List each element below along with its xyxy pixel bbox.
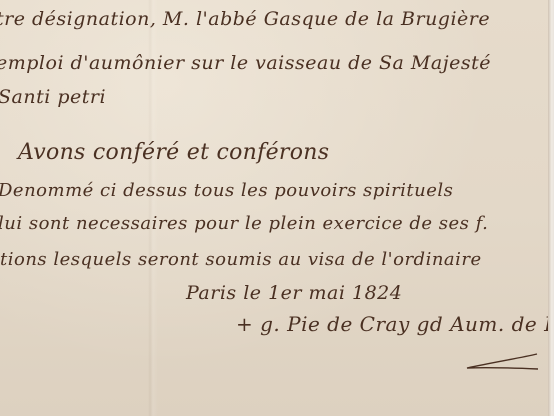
text-line-denomme: Denommé ci dessus tous les pouvoirs spir…	[0, 180, 453, 201]
text-line-avons-confere: Avons conféré et conférons	[18, 140, 329, 165]
text-line-designation: tre désignation, M. l'abbé Gasque de la …	[0, 8, 490, 30]
document-paper: tre désignation, M. l'abbé Gasque de la …	[0, 0, 548, 416]
signature-flourish-icon	[465, 352, 540, 372]
text-line-emploi: emploi d'aumônier sur le vaisseau de Sa …	[0, 52, 491, 74]
text-line-lesquels: tions lesquels seront soumis au visa de …	[0, 249, 482, 270]
text-line-santi-petri: Santi petri	[0, 86, 106, 108]
text-line-necessaires: lui sont necessaires pour le plein exerc…	[0, 213, 488, 234]
signature-line: + g. Pie de Cray gd Aum. de Fr.	[236, 312, 554, 336]
page-edge	[548, 0, 554, 416]
date-line: Paris le 1er mai 1824	[186, 282, 402, 304]
